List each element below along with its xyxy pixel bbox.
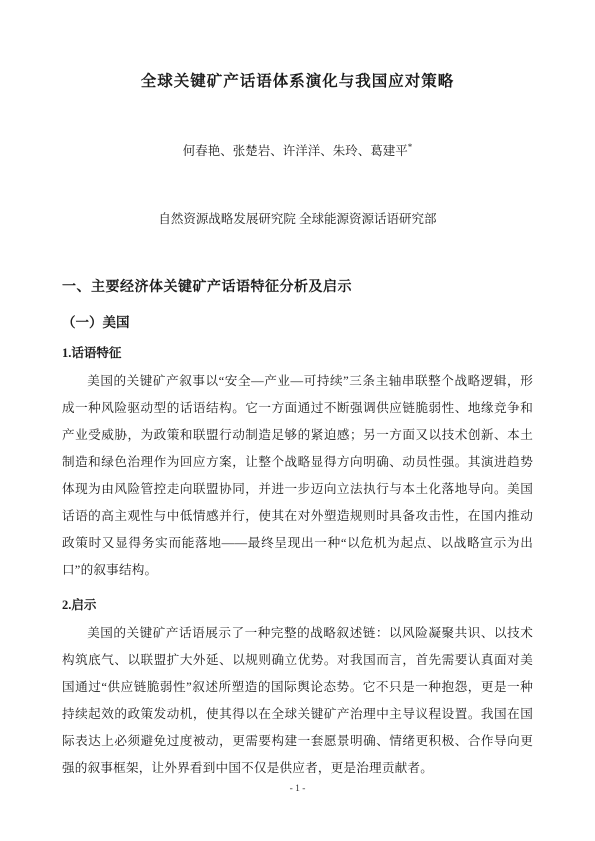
paragraph-implications: 美国的关键矿产话语展示了一种完整的战略叙述链：以风险凝聚共识、以技术构筑底气、以… bbox=[62, 620, 533, 782]
subsection-heading-usa: （一）美国 bbox=[62, 314, 533, 332]
section-heading: 一、主要经济体关键矿产话语特征分析及启示 bbox=[62, 279, 533, 297]
authors-footnote-marker: * bbox=[408, 142, 413, 152]
authors-line: 何春艳、张楚岩、许洋洋、朱玲、葛建平* bbox=[62, 139, 533, 159]
authors-text: 何春艳、张楚岩、许洋洋、朱玲、葛建平 bbox=[183, 144, 408, 158]
affiliation-line: 自然资源战略发展研究院 全球能源资源话语研究部 bbox=[62, 211, 533, 227]
item-heading-implications: 2.启示 bbox=[62, 597, 533, 614]
paragraph-discourse-features: 美国的关键矿产叙事以“安全—产业—可持续”三条主轴串联整个战略逻辑，形成一种风险… bbox=[62, 368, 533, 584]
page-number: - 1 - bbox=[0, 784, 595, 794]
document-page: 全球关键矿产话语体系演化与我国应对策略 何春艳、张楚岩、许洋洋、朱玲、葛建平* … bbox=[0, 0, 595, 841]
item-heading-discourse-features: 1.话语特征 bbox=[62, 345, 533, 362]
document-title: 全球关键矿产话语体系演化与我国应对策略 bbox=[62, 72, 533, 92]
